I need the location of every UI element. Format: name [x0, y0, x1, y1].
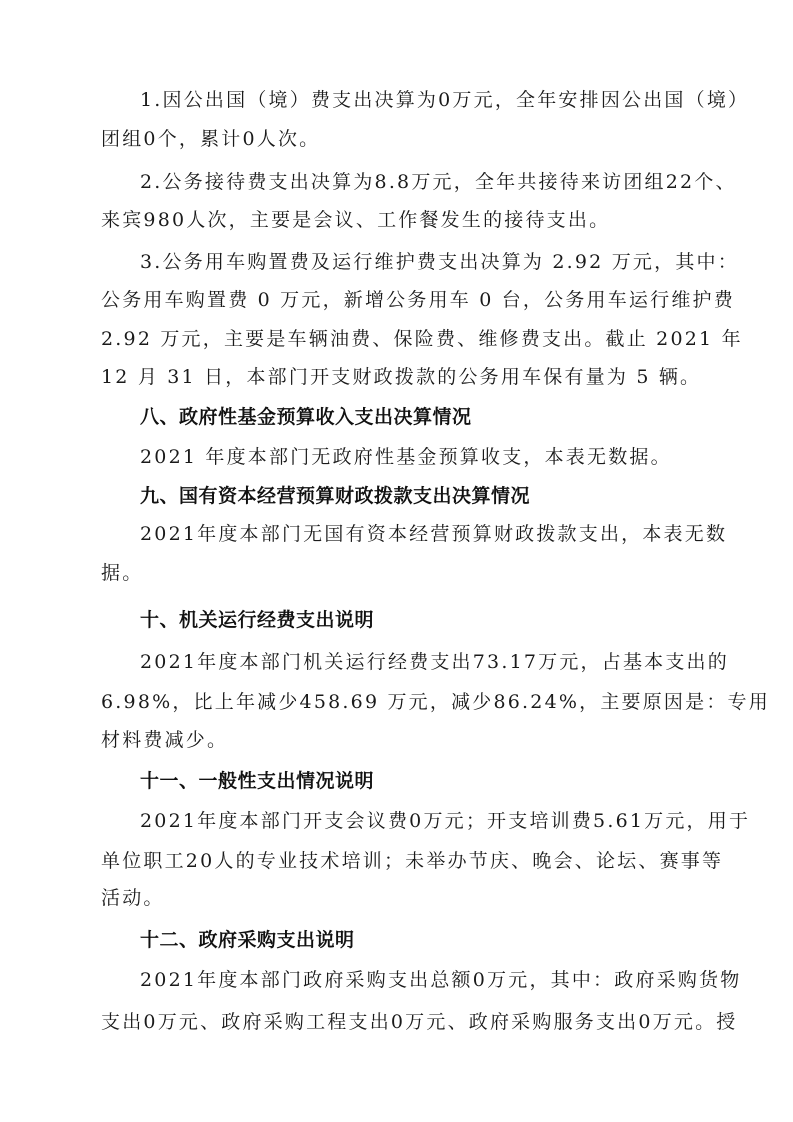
paragraph-line: 2021年度本部门政府采购支出总额0万元，其中：政府采购货物	[140, 968, 732, 992]
paragraph-line: 2021年度本部门开支会议费0万元；开支培训费5.61万元，用于	[140, 809, 732, 833]
section-heading-11: 十一、一般性支出情况说明	[140, 769, 732, 793]
paragraph-line: 来宾980人次，主要是会议、工作餐发生的接待支出。	[101, 208, 693, 232]
paragraph-line: 团组0个，累计0人次。	[101, 127, 693, 151]
paragraph-line: 2021年度本部门机关运行经费支出73.17万元，占基本支出的	[140, 650, 732, 674]
paragraph-line: 2021 年度本部门无政府性基金预算收支，本表无数据。	[140, 445, 732, 469]
paragraph-line: 2.92 万元，主要是车辆油费、保险费、维修费支出。截止 2021 年	[101, 327, 693, 351]
section-heading-10: 十、机关运行经费支出说明	[140, 608, 732, 632]
paragraph-line: 12 月 31 日，本部门开支财政拨款的公务用车保有量为 5 辆。	[101, 365, 693, 389]
paragraph-line: 1.因公出国（境）费支出决算为0万元，全年安排因公出国（境）	[140, 88, 732, 112]
section-heading-12: 十二、政府采购支出说明	[140, 928, 732, 952]
section-heading-9: 九、国有资本经营预算财政拨款支出决算情况	[140, 484, 732, 508]
section-heading-8: 八、政府性基金预算收入支出决算情况	[140, 405, 732, 429]
document-page: 1.因公出国（境）费支出决算为0万元，全年安排因公出国（境） 团组0个，累计0人…	[0, 0, 793, 1122]
paragraph-line: 公务用车购置费 0 万元，新增公务用车 0 台，公务用车运行维护费	[101, 288, 693, 312]
paragraph-line: 单位职工20人的专业技术培训；未举办节庆、晚会、论坛、赛事等	[101, 849, 693, 873]
paragraph-line: 2.公务接待费支出决算为8.8万元，全年共接待来访团组22个、	[140, 170, 732, 194]
paragraph-line: 支出0万元、政府采购工程支出0万元、政府采购服务支出0万元。授	[101, 1010, 693, 1034]
paragraph-line: 据。	[101, 561, 693, 585]
paragraph-line: 材料费减少。	[101, 728, 693, 752]
paragraph-line: 6.98%，比上年减少458.69 万元，减少86.24%，主要原因是：专用	[101, 690, 693, 714]
paragraph-line: 活动。	[101, 886, 693, 910]
paragraph-line: 3.公务用车购置费及运行维护费支出决算为 2.92 万元，其中：	[140, 250, 732, 274]
paragraph-line: 2021年度本部门无国有资本经营预算财政拨款支出，本表无数	[140, 522, 732, 546]
